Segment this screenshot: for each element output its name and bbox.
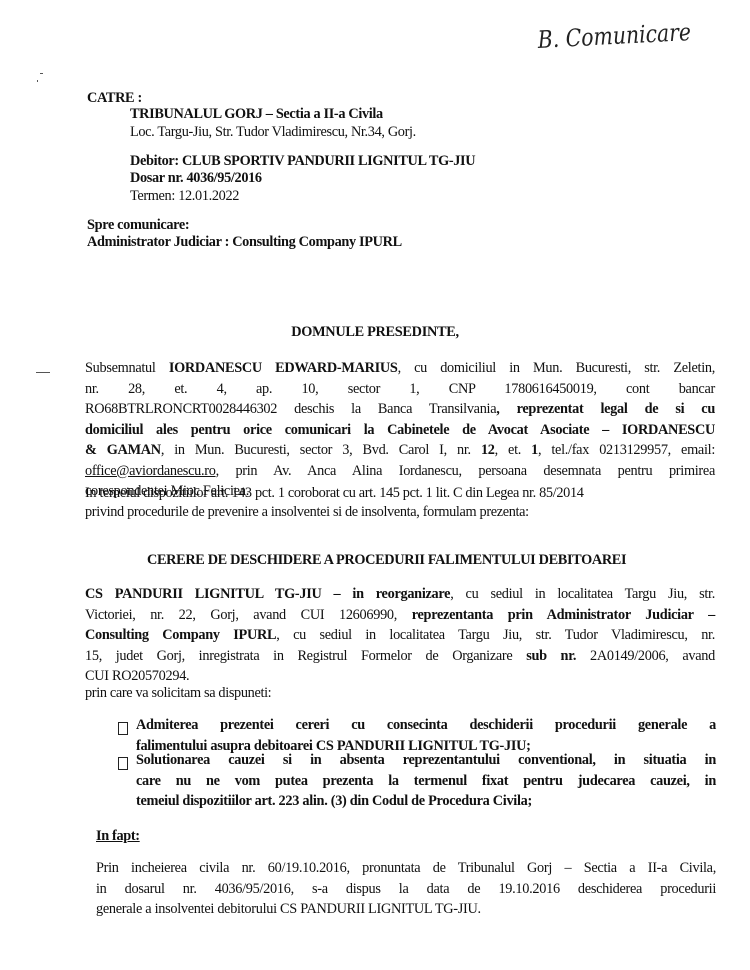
paragraph-line: nr. 28, et. 4, ap. 10, sector 1, CNP 178… — [85, 379, 715, 400]
scan-speck — [36, 372, 50, 373]
paragraph-line: Consulting Company IPURL, cu sediul in l… — [85, 625, 715, 646]
paragraph-line: RO68BTRLRONCRT0028446302 deschis la Banc… — [85, 399, 715, 420]
document-page: B. Comunicare CATRE : TRIBUNALUL GORJ – … — [0, 0, 750, 970]
facts-paragraph: Prin incheierea civila nr. 60/19.10.2016… — [96, 858, 716, 920]
paragraph-line: office@aviordanescu.ro, prin Av. Anca Al… — [85, 461, 715, 482]
intro-paragraph: Subsemnatul IORDANESCU EDWARD-MARIUS, cu… — [85, 358, 715, 502]
checkbox-icon — [118, 722, 128, 735]
paragraph-line: Victoriei, nr. 22, Gorj, avand CUI 12606… — [85, 605, 715, 626]
paragraph-line: 15, judet Gorj, inregistrata in Registru… — [85, 646, 715, 667]
salutation: DOMNULE PRESEDINTE, — [0, 324, 750, 341]
court-address: Loc. Targu-Jiu, Str. Tudor Vladimirescu,… — [130, 122, 416, 142]
request-item: Solutionarea cauzei si in absenta reprez… — [136, 750, 716, 812]
email-link[interactable]: office@aviordanescu.ro — [85, 463, 216, 479]
facts-heading: In fapt: — [96, 826, 140, 846]
legal-basis-line: In temeiul dispozitiilor art. 143 pct. 1… — [85, 483, 584, 503]
scan-speck — [40, 73, 43, 74]
handwritten-annotation: B. Comunicare — [537, 18, 692, 54]
file-number: Dosar nr. 4036/95/2016 — [130, 168, 262, 188]
request-title: CERERE DE DESCHIDERE A PROCEDURII FALIME… — [147, 550, 626, 570]
request-intro: prin care va solicitam sa dispuneti: — [85, 683, 271, 703]
court-name: TRIBUNALUL GORJ – Sectia a II-a Civila — [130, 104, 383, 124]
communication-recipient: Administrator Judiciar : Consulting Comp… — [87, 232, 402, 252]
legal-basis-line: privind procedurile de prevenire a insol… — [85, 502, 529, 522]
debtor-paragraph: CS PANDURII LIGNITUL TG-JIU – in reorgan… — [85, 584, 715, 687]
hearing-date: Termen: 12.01.2022 — [130, 186, 239, 206]
checkbox-icon — [118, 757, 128, 770]
paragraph-line: & GAMAN, in Mun. Bucuresti, sector 3, Bv… — [85, 440, 715, 461]
scan-speck — [37, 80, 38, 82]
paragraph-line: CS PANDURII LIGNITUL TG-JIU – in reorgan… — [85, 584, 715, 605]
paragraph-line: Subsemnatul IORDANESCU EDWARD-MARIUS, cu… — [85, 358, 715, 379]
paragraph-line: domiciliul ales pentru orice comunicari … — [85, 420, 715, 441]
